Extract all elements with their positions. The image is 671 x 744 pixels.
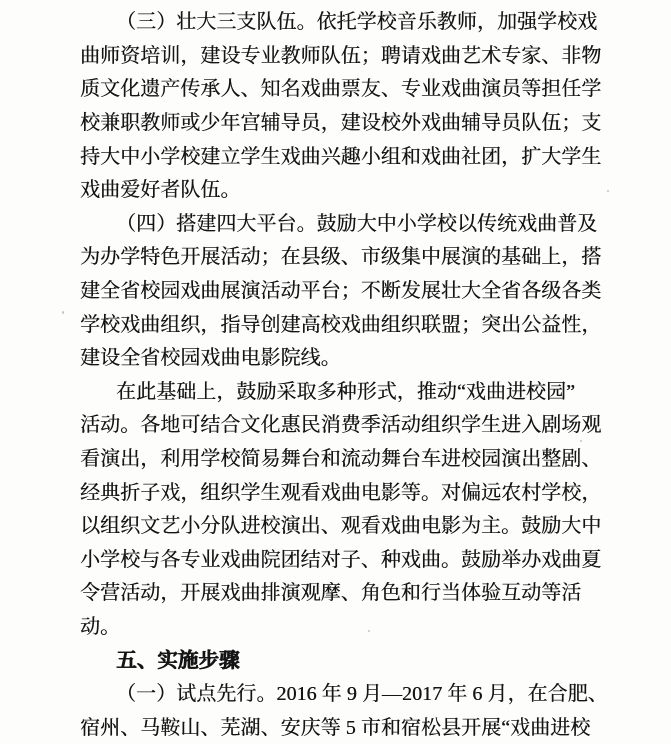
text-line: 学校戏曲组织，指导创建高校戏曲组织联盟；突出公益性， (80, 305, 604, 339)
scan-speck (607, 190, 609, 192)
text-line: 曲师资培训，建设专业教师队伍；聘请戏曲艺术专家、非物 (80, 37, 604, 71)
text-line: 建全省校园戏曲展演活动平台；不断发展壮大全省各级各类 (80, 272, 604, 306)
text-line: 活动。各地可结合文化惠民消费季活动组织学生进入剧场观 (80, 406, 604, 440)
text-line: 以组织文艺小分队进校演出、观看戏曲电影为主。鼓励大中 (80, 507, 604, 541)
section-heading: 五、实施步骤 (80, 641, 604, 675)
document-text-block: （三）壮大三支队伍。依托学校音乐教师，加强学校戏 曲师资培训，建设专业教师队伍；… (80, 3, 604, 742)
text-line: （一）试点先行。2016 年 9 月—2017 年 6 月，在合肥、 (80, 675, 604, 709)
text-line: 在此基础上，鼓励采取多种形式，推动“戏曲进校园” (80, 373, 604, 407)
scan-speck (580, 440, 582, 442)
text-line: 校兼职教师或少年宫辅导员，建设校外戏曲辅导员队伍；支 (80, 104, 604, 138)
text-line: （三）壮大三支队伍。依托学校音乐教师，加强学校戏 (80, 3, 604, 37)
text-line: 为办学特色开展活动；在县级、市级集中展演的基础上，搭 (80, 238, 604, 272)
text-line: 小学校与各专业戏曲院团结对子、种戏曲。鼓励举办戏曲夏 (80, 541, 604, 575)
text-line: 经典折子戏，组织学生观看戏曲电影等。对偏远农村学校， (80, 473, 604, 507)
document-page: （三）壮大三支队伍。依托学校音乐教师，加强学校戏 曲师资培训，建设专业教师队伍；… (0, 0, 671, 744)
text-line: 戏曲爱好者队伍。 (80, 171, 604, 205)
text-line: 质文化遗产传承人、知名戏曲票友、专业戏曲演员等担任学 (80, 70, 604, 104)
text-line: 持大中小学校建立学生戏曲兴趣小组和戏曲社团，扩大学生 (80, 137, 604, 171)
text-line: 令营活动，开展戏曲排演观摩、角色和行当体验互动等活 (80, 574, 604, 608)
scan-speck (368, 630, 370, 632)
text-line: 宿州、马鞍山、芜湖、安庆等 5 市和宿松县开展“戏曲进校 (80, 708, 604, 742)
text-line: 建设全省校园戏曲电影院线。 (80, 339, 604, 373)
text-line: 看演出，利用学校简易舞台和流动舞台车进校园演出整剧、 (80, 440, 604, 474)
scan-speck (62, 311, 64, 314)
text-line: （四）搭建四大平台。鼓励大中小学校以传统戏曲普及 (80, 205, 604, 239)
text-line: 动。 (80, 608, 604, 642)
